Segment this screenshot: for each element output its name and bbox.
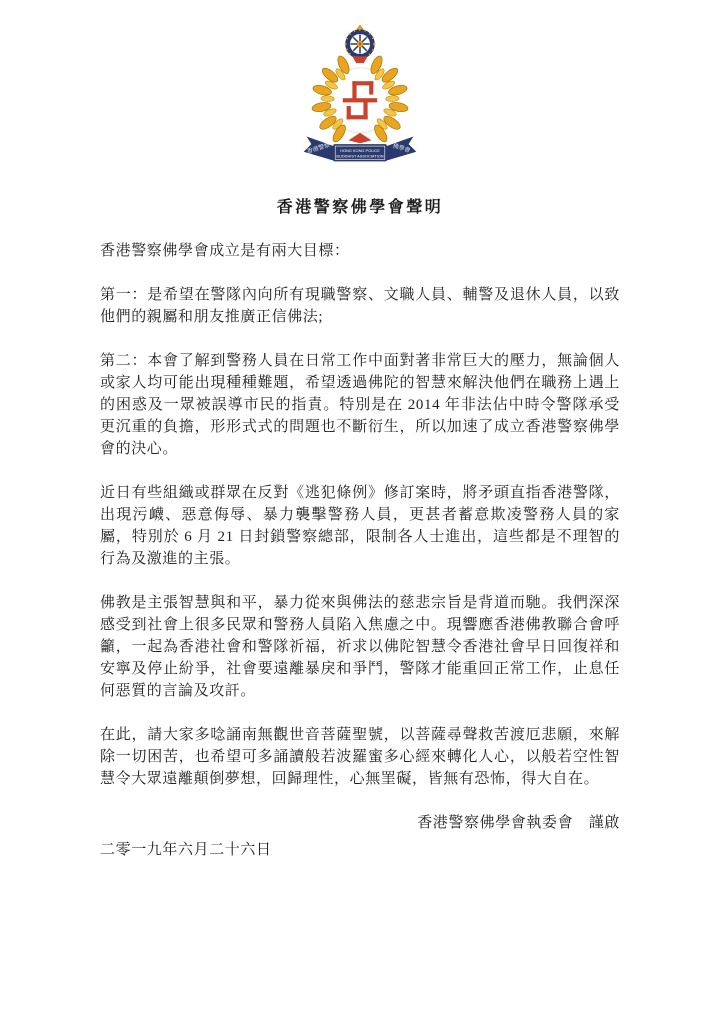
statement-page: 香港警察 佛學會 HONG KONG POLICE BUDDHIST ASSOC… [0,0,720,1024]
paragraph-intro: 香港警察佛學會成立是有兩大目標： [100,240,620,262]
association-emblem: 香港警察 佛學會 HONG KONG POLICE BUDDHIST ASSOC… [298,24,422,167]
page-title: 香港警察佛學會聲明 [0,194,720,217]
dharma-wheel-icon [345,25,375,63]
paragraph-buddhism-peace: 佛教是主張智慧與和平，暴力從來與佛法的慈悲宗旨是背道而馳。我們深深感受到社會上很… [100,592,620,702]
paragraph-closing-appeal: 在此，請大家多唸誦南無觀世音菩薩聖號，以菩薩尋聲救苦渡厄悲願，來解除一切困苦，也… [100,724,620,790]
signature-line: 香港警察佛學會執委會 謹啟 [100,812,620,834]
ribbon-center-line1: HONG KONG POLICE [340,148,380,153]
paragraph-goal-two: 第二：本會了解到警務人員在日常工作中面對著非常巨大的壓力，無論個人或家人均可能出… [100,350,620,460]
bow-icon [349,133,372,143]
wheel-base-ribbon [352,56,367,63]
paragraph-goal-one: 第一：是希望在警隊內向所有現職警察、文職人員、輔警及退休人員，以致他們的親屬和朋… [100,284,620,328]
statement-body: 香港警察佛學會成立是有兩大目標： 第一：是希望在警隊內向所有現職警察、文職人員、… [100,240,620,861]
association-emblem-graphic: 香港警察 佛學會 HONG KONG POLICE BUDDHIST ASSOC… [298,24,422,167]
date-line: 二零一九年六月二十六日 [100,839,620,861]
ribbon-center-line2: BUDDHIST ASSOCIATION [336,154,383,159]
paragraph-recent-events: 近日有些組織或群眾在反對《逃犯條例》修訂案時，將矛頭直指香港警隊，出現污衊、惡意… [100,482,620,570]
